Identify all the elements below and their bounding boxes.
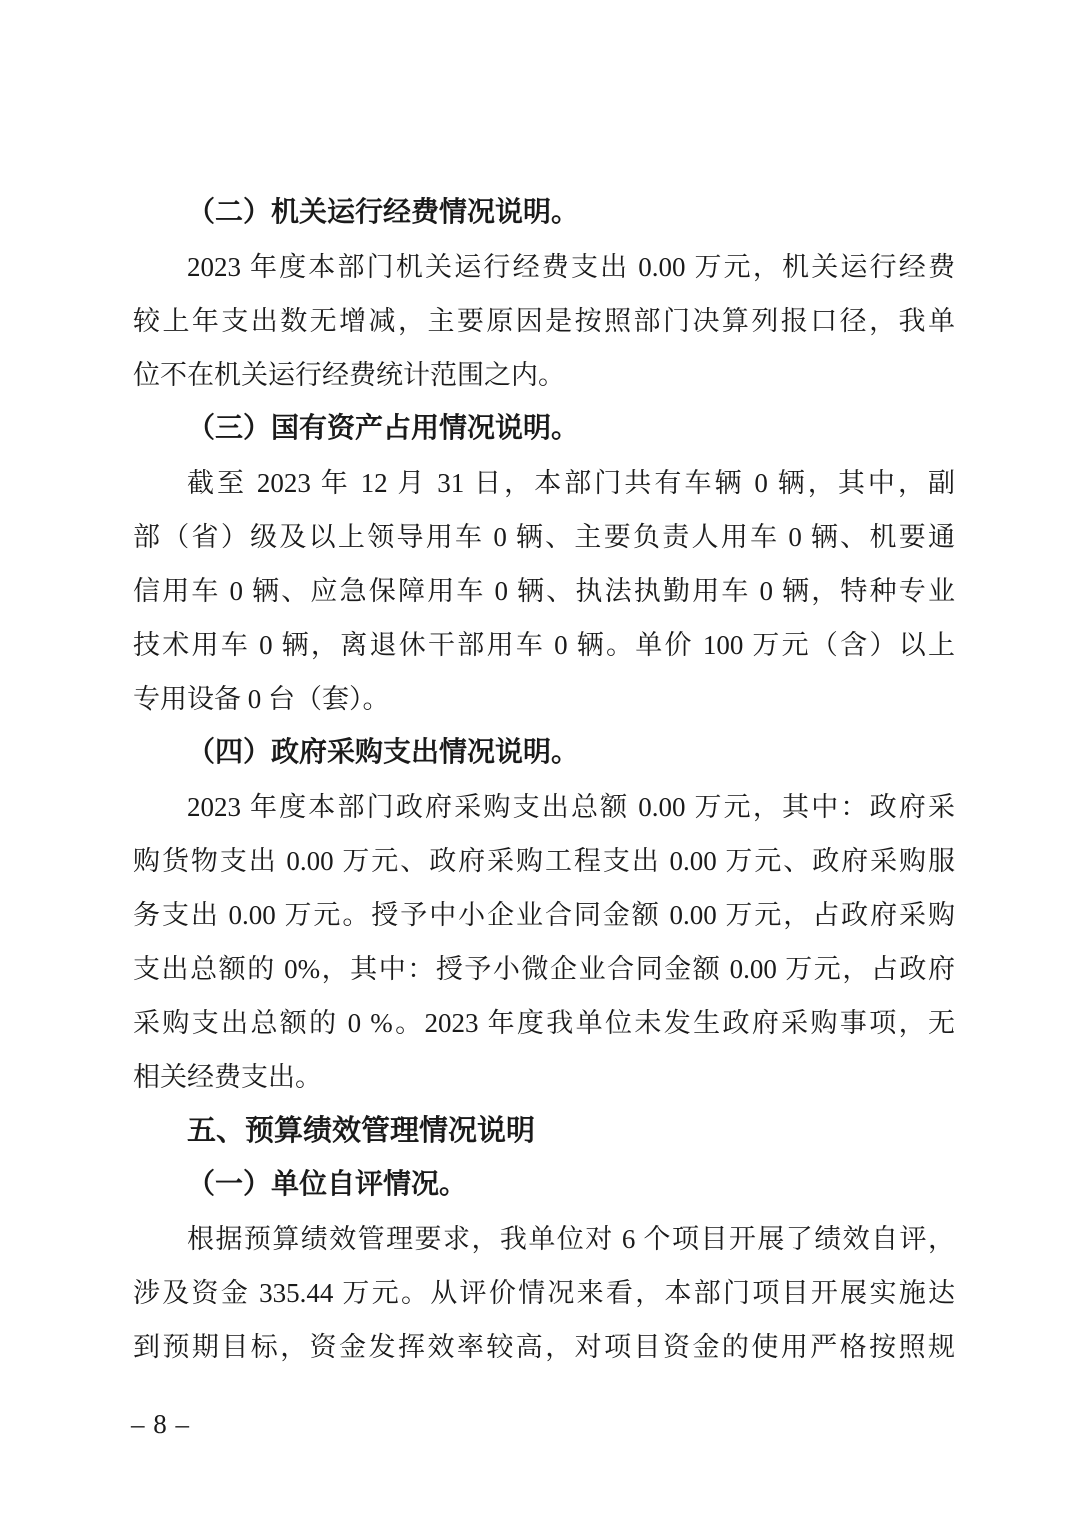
paragraph-gov-procurement: 2023 年度本部门政府采购支出总额 0.00 万元，其中：政府采 购货物支出 … <box>133 780 955 1104</box>
text-line: 相关经费支出。 <box>133 1050 955 1104</box>
section-heading-gov-procurement: （四）政府采购支出情况说明。 <box>133 726 955 780</box>
heading-line: （三）国有资产占用情况说明。 <box>133 402 955 456</box>
paragraph-self-evaluation: 根据预算绩效管理要求，我单位对 6 个项目开展了绩效自评， 涉及资金 335.4… <box>133 1212 955 1374</box>
text-line: 采购支出总额的 0 %。2023 年度我单位未发生政府采购事项，无 <box>133 996 955 1050</box>
heading-line: （二）机关运行经费情况说明。 <box>133 186 955 240</box>
text-line: 务支出 0.00 万元。授予中小企业合同金额 0.00 万元，占政府采购 <box>133 888 955 942</box>
text-line: 购货物支出 0.00 万元、政府采购工程支出 0.00 万元、政府采购服 <box>133 834 955 888</box>
text-line: 专用设备 0 台（套）。 <box>133 672 955 726</box>
heading-line: 五、预算绩效管理情况说明 <box>133 1104 955 1158</box>
section-heading-state-assets: （三）国有资产占用情况说明。 <box>133 402 955 456</box>
chapter-heading-budget-performance: 五、预算绩效管理情况说明 <box>133 1104 955 1158</box>
text-line: 2023 年度本部门机关运行经费支出 0.00 万元，机关运行经费 <box>133 240 955 294</box>
text-line: 部（省）级及以上领导用车 0 辆、主要负责人用车 0 辆、机要通 <box>133 510 955 564</box>
heading-line: （四）政府采购支出情况说明。 <box>133 726 955 780</box>
text-line: 较上年支出数无增减，主要原因是按照部门决算列报口径，我单 <box>133 294 955 348</box>
text-line: 根据预算绩效管理要求，我单位对 6 个项目开展了绩效自评， <box>133 1212 955 1266</box>
text-line: 位不在机关运行经费统计范围之内。 <box>133 348 955 402</box>
text-line: 到预期目标，资金发挥效率较高，对项目资金的使用严格按照规 <box>133 1320 955 1374</box>
text-line: 2023 年度本部门政府采购支出总额 0.00 万元，其中：政府采 <box>133 780 955 834</box>
document-body: （二）机关运行经费情况说明。 2023 年度本部门机关运行经费支出 0.00 万… <box>133 186 955 1374</box>
paragraph-org-operating-expense: 2023 年度本部门机关运行经费支出 0.00 万元，机关运行经费 较上年支出数… <box>133 240 955 402</box>
section-heading-org-operating-expense: （二）机关运行经费情况说明。 <box>133 186 955 240</box>
text-line: 支出总额的 0%，其中：授予小微企业合同金额 0.00 万元，占政府 <box>133 942 955 996</box>
text-line: 涉及资金 335.44 万元。从评价情况来看，本部门项目开展实施达 <box>133 1266 955 1320</box>
page-number: – 8 – <box>131 1404 190 1444</box>
text-line: 截至 2023 年 12 月 31 日，本部门共有车辆 0 辆，其中，副 <box>133 456 955 510</box>
section-heading-self-evaluation: （一）单位自评情况。 <box>133 1158 955 1212</box>
text-line: 技术用车 0 辆，离退休干部用车 0 辆。单价 100 万元（含）以上 <box>133 618 955 672</box>
text-line: 信用车 0 辆、应急保障用车 0 辆、执法执勤用车 0 辆，特种专业 <box>133 564 955 618</box>
document-page: （二）机关运行经费情况说明。 2023 年度本部门机关运行经费支出 0.00 万… <box>0 0 1075 1520</box>
heading-line: （一）单位自评情况。 <box>133 1158 955 1212</box>
paragraph-state-assets: 截至 2023 年 12 月 31 日，本部门共有车辆 0 辆，其中，副 部（省… <box>133 456 955 726</box>
